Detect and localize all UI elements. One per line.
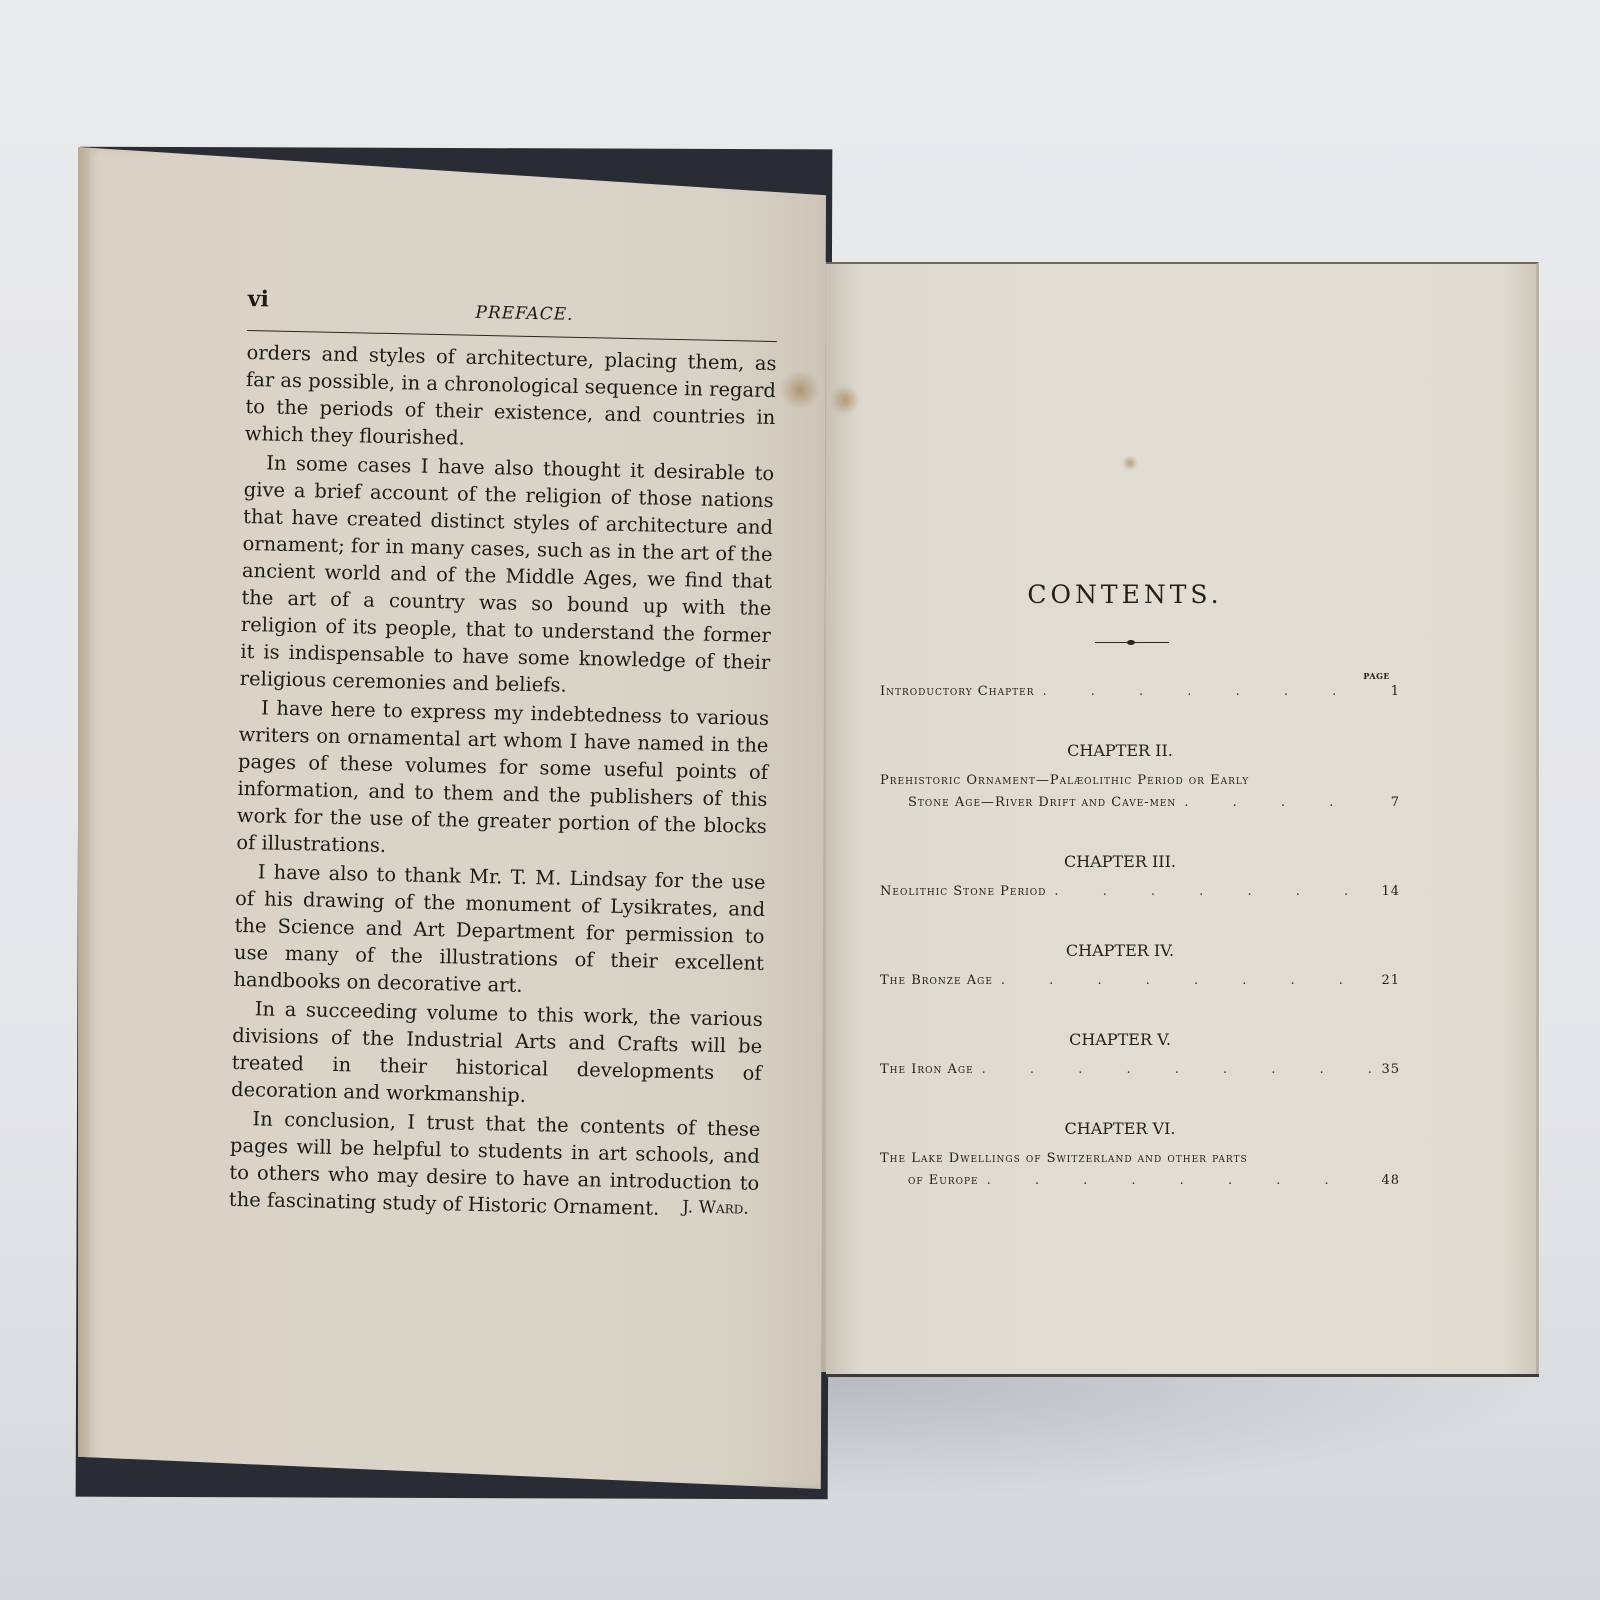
preface-paragraph: In some cases I have also thought it des… (239, 449, 774, 703)
chapter-heading: CHAPTER V. (840, 1030, 1400, 1049)
toc-leader: . . . . . . . . . . . . . . . . . . . . … (974, 1059, 1372, 1081)
toc-entry: The Bronze Age . . . . . . . . . . . . .… (880, 970, 1400, 992)
chapter-heading: CHAPTER II. (840, 741, 1400, 760)
toc-title: Introductory Chapter (880, 681, 1035, 703)
toc-leader: . . . . . . . . . . . . . . . . . . . . … (1035, 681, 1372, 703)
toc-entry: Neolithic Stone Period . . . . . . . . .… (880, 881, 1400, 903)
toc-entry: of Europe . . . . . . . . . . . . . . . … (880, 1170, 1400, 1192)
toc-page: 35 (1372, 1059, 1400, 1081)
toc-page: 1 (1372, 681, 1400, 703)
preface-text: vi PREFACE. orders and styles of archite… (229, 286, 778, 1219)
toc-leader: . . . . . . . . . . . . . . . . . . . . … (1046, 881, 1372, 903)
page-edge (78, 147, 90, 1489)
toc-title: The Lake Dwellings of Switzerland and ot… (880, 1148, 1400, 1170)
contents-title: CONTENTS. (850, 580, 1400, 609)
chapter-heading: CHAPTER VI. (840, 1119, 1400, 1138)
toc-page: 7 (1372, 792, 1400, 814)
toc-entry: The Iron Age . . . . . . . . . . . . . .… (880, 1059, 1400, 1081)
toc-title: Prehistoric Ornament—Palæolithic Period … (880, 770, 1400, 792)
ornament-rule (1095, 639, 1169, 647)
toc-page: 48 (1372, 1170, 1400, 1192)
preface-paragraph: I have here to express my indebtedness t… (236, 694, 769, 867)
chapter-heading: CHAPTER IV. (840, 941, 1400, 960)
preface-paragraph: In a succeeding volume to this work, the… (231, 995, 763, 1114)
toc-entry: Stone Age—River Drift and Cave-men . . .… (880, 792, 1400, 814)
toc-title: The Bronze Age (880, 970, 993, 992)
page-column-label: PAGE (880, 671, 1400, 681)
toc-entry: Introductory Chapter . . . . . . . . . .… (880, 681, 1400, 703)
foxing-stain (830, 385, 860, 415)
contents-page: CONTENTS. PAGE Introductory Chapter . . … (880, 580, 1400, 1192)
toc-title: The Iron Age (880, 1059, 974, 1081)
foxing-stain (780, 370, 820, 410)
running-head-title: PREFACE. (475, 303, 573, 325)
chapter-heading: CHAPTER III. (840, 852, 1400, 871)
preface-paragraph: orders and styles of architecture, placi… (245, 339, 777, 458)
toc-leader: . . . . . . . . . . . . . . . . . . . . … (979, 1170, 1372, 1192)
toc-page: 21 (1372, 970, 1400, 992)
ornament-dot (1127, 640, 1135, 645)
page-number: vi (247, 286, 269, 312)
toc-title-continued: Stone Age—River Drift and Cave-men (908, 792, 1176, 814)
toc-title: Neolithic Stone Period (880, 881, 1046, 903)
preface-paragraph: I have also to thank Mr. T. M. Lindsay f… (233, 858, 766, 1004)
toc-leader: . . . . . . . . . . . . . . . . . . . . … (1176, 792, 1372, 814)
toc-leader: . . . . . . . . . . . . . . . . . . . . … (993, 970, 1372, 992)
toc-title-continued: of Europe (908, 1170, 979, 1192)
toc-page: 14 (1372, 881, 1400, 903)
foxing-stain (1122, 455, 1138, 471)
